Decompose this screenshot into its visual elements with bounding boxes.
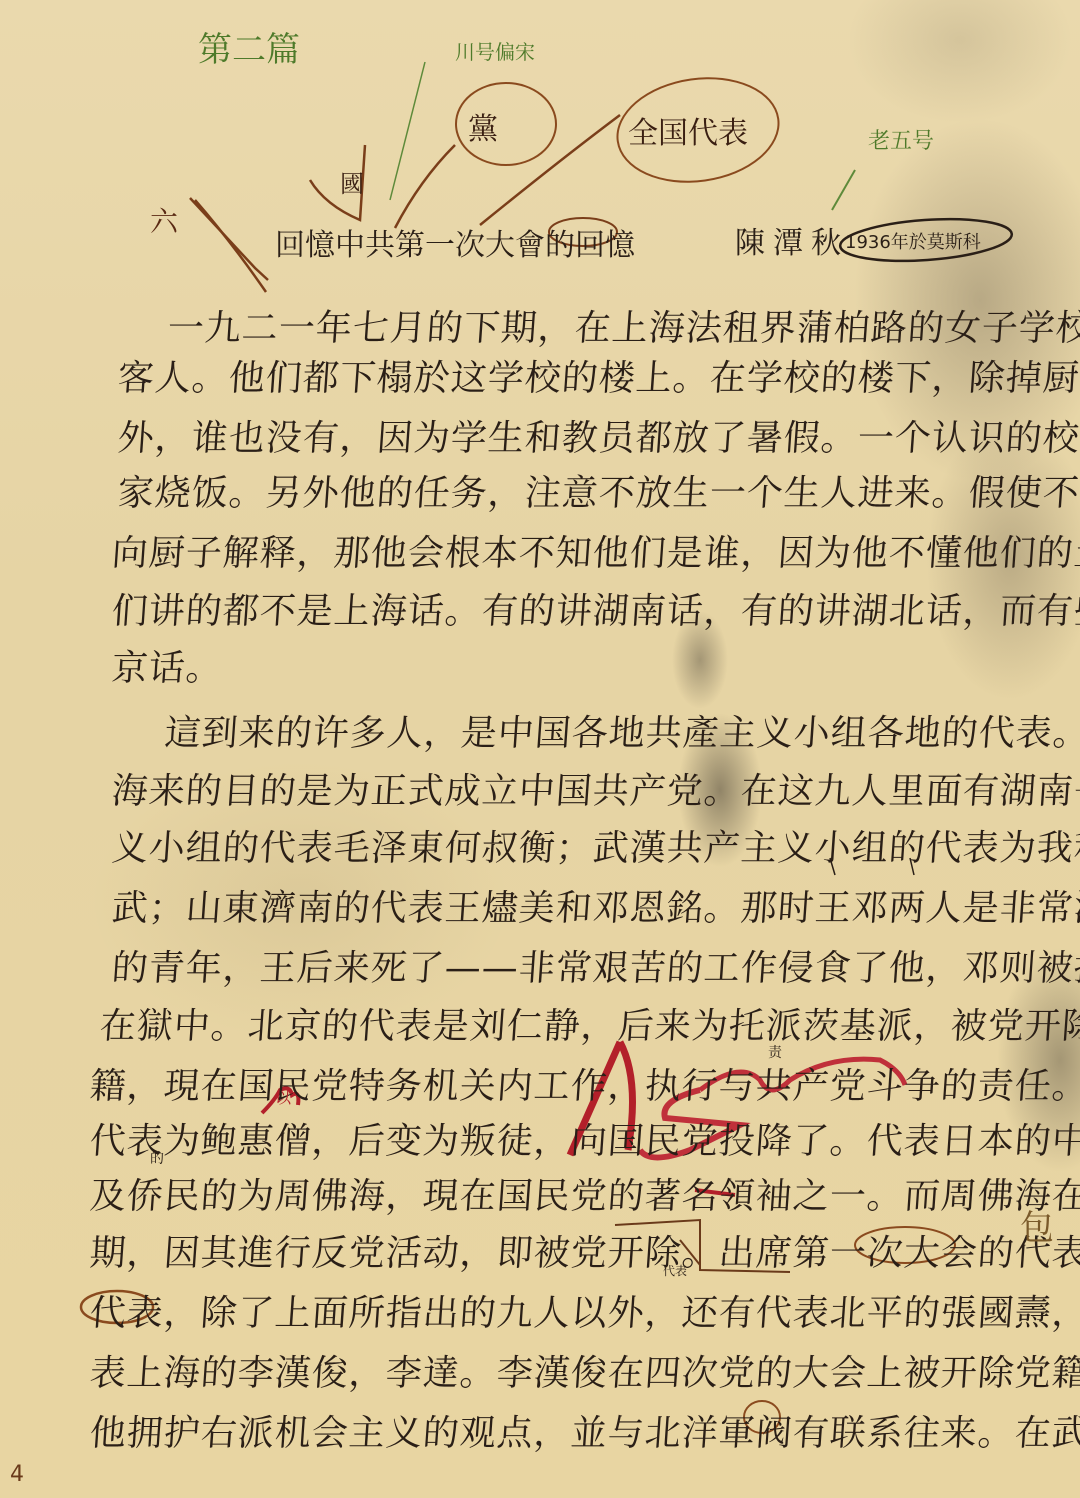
text-line: 海来的目的是为正式成立中国共产党。在这九人里面有湖南長沙的共产主 [110,763,1080,814]
text-line: 一九二一年七月的下期，在上海法租界蒲柏路的女子学校，突然来到了几个 [166,300,1080,351]
text-line: 武；山東濟南的代表王燼美和邓恩銘。那时王邓两人是非常活潑 [110,880,1080,931]
small-insertion: 责 [768,1042,782,1062]
national-delegates-insertion: 全国代表 [628,108,748,152]
text-line: 家烧饭。另外他的任务，注意不放生一个生人进来。假使不是认识的人， [116,465,1080,516]
text-line: 在獄中。北京的代表是刘仁静，后来为托派茨基派，被党开除党 [98,998,1080,1049]
text-line: 代表，除了上面所指出的九人以外，还有代表北平的張國燾，代 [88,1285,1080,1336]
text-line: 们讲的都不是上海话。有的讲湖南话，有的讲湖北话，而有些则讲北 [110,583,1080,634]
author-name: 陳潭秋 [735,218,849,262]
text-line: 代表为鲍惠僧，后变为叛徒，向国民党投降了。代表日本的中国学生 [88,1113,1080,1164]
text-line: 表上海的李漢俊，李達。李漢俊在四次党的大会上被开除党籍，因为 [88,1345,1080,1396]
chapter-note: 第二篇 [198,22,300,71]
text-line: 京话。 [110,640,225,691]
red-insertion: 以 [275,1085,291,1108]
text-line: 外，谁也没有，因为学生和教员都放了暑假。一个认识的校役刘被请为大 [116,410,1080,461]
font-size-note: 老五号 [868,124,934,155]
text-line: 期，因其進行反党活动，即被党开除。出席第一次大会的代表参加的共產國際 [88,1225,1080,1276]
small-insertion: 的 [150,1148,164,1168]
margin-mark: 包 [1020,1200,1054,1249]
text-line: 义小组的代表毛泽東何叔衡；武漢共产主义小组的代表为我和董必 [110,820,1080,871]
text-line: 他拥护右派机会主义的观点，並与北洋軍阀有联系往来。在武 [88,1405,1080,1456]
text-line: 這到来的许多人，是中国各地共產主义小组各地的代表。他们到上 [163,705,1080,756]
country-insertion: 國 [340,164,364,199]
text-line: 向厨子解释，那他会根本不知他们是谁，因为他不懂他们的土话，他 [110,525,1080,576]
font-note: 川号偏宋 [455,36,535,65]
date-note: 1936年於莫斯科 [845,228,981,254]
manuscript-page: 第二篇 川号偏宋 老五号 黨 全国代表 國 六 回憶中共第一次大會的回憶 陳潭秋… [0,0,1080,1498]
document-title: 回憶中共第一次大會的回憶 [275,220,635,264]
text-line: 客人。他们都下榻於这学校的楼上。在学校的楼下，除掉厨子和校役以 [116,350,1080,401]
party-insertion: 黨 [468,104,498,148]
section-number: 六 [150,200,178,240]
page-number: 4 [10,1462,24,1487]
text-line: 的青年，王后来死了——非常艰苦的工作侵食了他，邓则被捕后死 [110,940,1080,991]
text-line: 籍，現在国民党特务机关内工作，执行与共产党斗争的责任。廣東的 [88,1058,1080,1109]
text-line: 及侨民的为周佛海，現在国民党的著名領袖之一。而周佛海在廣東时 [88,1168,1080,1219]
small-insertion: 代表 [663,1262,687,1279]
